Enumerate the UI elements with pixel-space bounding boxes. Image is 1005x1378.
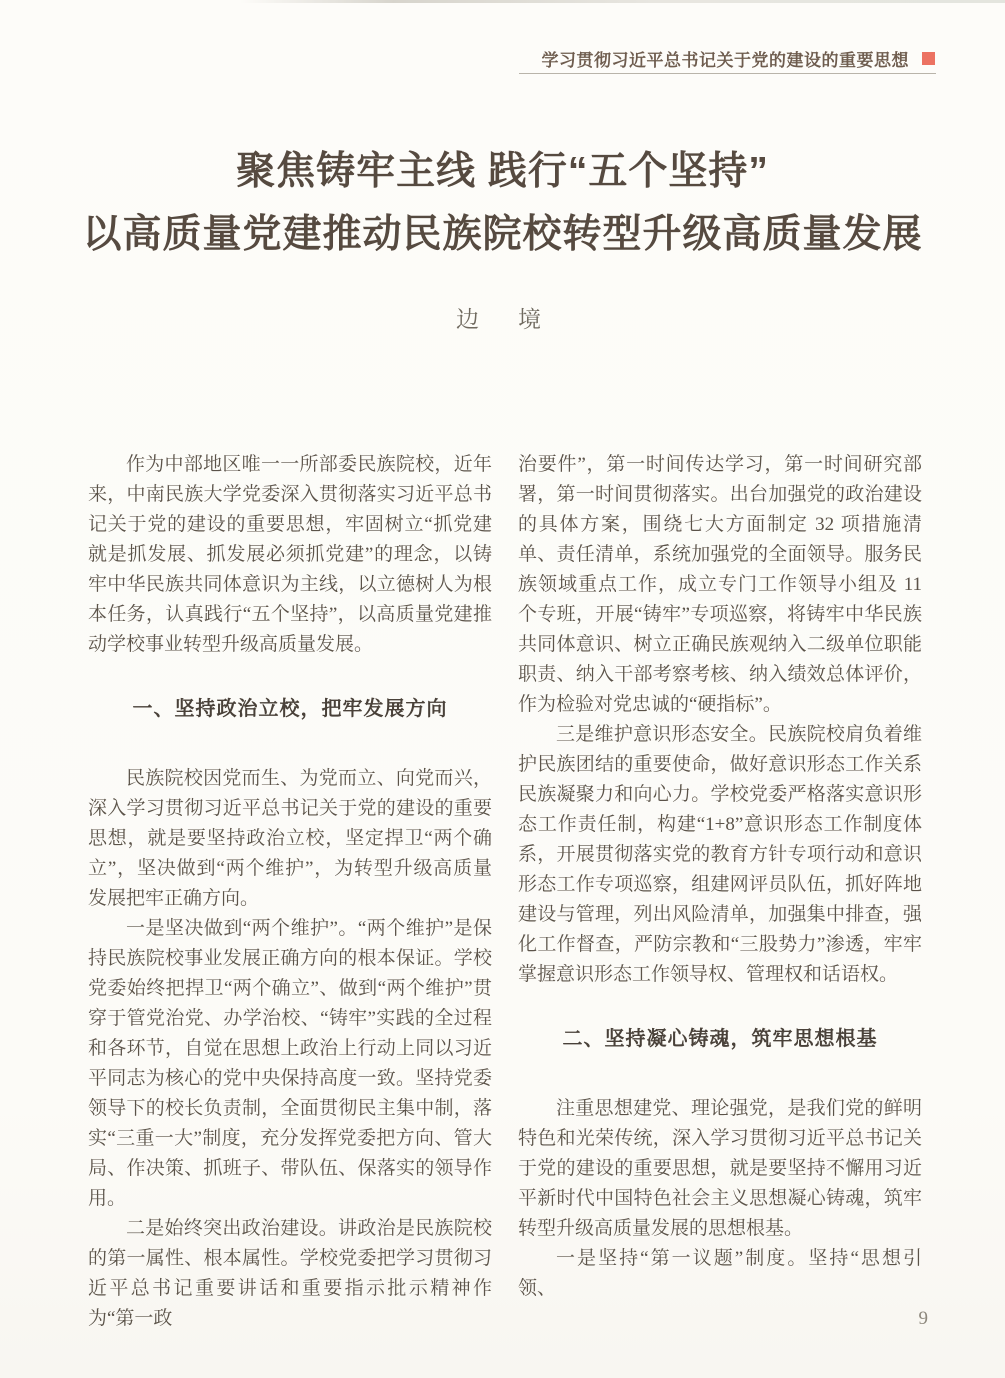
paragraph-section1-point2-start: 二是始终突出政治建设。讲政治是民族院校的第一属性、根本属性。学校党委把学习贯彻习… (88, 1214, 492, 1334)
scan-top-edge (240, 0, 1005, 3)
scanned-journal-page: 学习贯彻习近平总书记关于党的建设的重要思想 聚焦铸牢主线 践行“五个坚持” 以高… (0, 0, 1005, 1378)
paragraph-section1-point3: 三是维护意识形态安全。民族院校肩负着维护民族团结的重要使命，做好意识形态工作关系… (518, 720, 922, 990)
running-head-label: 学习贯彻习近平总书记关于党的建设的重要思想 (542, 46, 910, 71)
running-head: 学习贯彻习近平总书记关于党的建设的重要思想 (542, 46, 936, 71)
paragraph-section2-point1-start: 一是坚持“第一议题”制度。坚持“思想引领、 (518, 1244, 922, 1304)
accent-square-icon (922, 52, 935, 65)
left-column: 作为中部地区唯一一所部委民族院校，近年来，中南民族大学党委深入贯彻落实习近平总书… (88, 450, 492, 1334)
right-column: 治要件”，第一时间传达学习，第一时间研究部署，第一时间贯彻落实。出台加强党的政治… (518, 450, 922, 1334)
article-body: 作为中部地区唯一一所部委民族院校，近年来，中南民族大学党委深入贯彻落实习近平总书… (88, 450, 922, 1334)
section-heading-1: 一、坚持政治立校，把牢发展方向 (88, 694, 492, 724)
author-name: 边 境 (0, 301, 1005, 334)
paragraph-section1-point1: 一是坚决做到“两个维护”。“两个维护”是保持民族院校事业发展正确方向的根本保证。… (88, 914, 492, 1214)
section-heading-2: 二、坚持凝心铸魂，筑牢思想根基 (518, 1024, 922, 1054)
article-title-line1: 聚焦铸牢主线 践行“五个坚持” (0, 140, 1005, 203)
paragraph-intro: 作为中部地区唯一一所部委民族院校，近年来，中南民族大学党委深入贯彻落实习近平总书… (88, 450, 492, 660)
running-head-rule (519, 73, 936, 74)
paragraph-section1-point2-continued: 治要件”，第一时间传达学习，第一时间研究部署，第一时间贯彻落实。出台加强党的政治… (518, 450, 922, 720)
article-title-line2: 以高质量党建推动民族院校转型升级高质量发展 (0, 203, 1005, 266)
paragraph-section1-lead: 民族院校因党而生、为党而立、向党而兴，深入学习贯彻习近平总书记关于党的建设的重要… (88, 764, 492, 914)
paragraph-section2-lead: 注重思想建党、理论强党，是我们党的鲜明特色和光荣传统，深入学习贯彻习近平总书记关… (518, 1094, 922, 1244)
article-title: 聚焦铸牢主线 践行“五个坚持” 以高质量党建推动民族院校转型升级高质量发展 (0, 140, 1005, 266)
page-number: 9 (919, 1308, 929, 1330)
